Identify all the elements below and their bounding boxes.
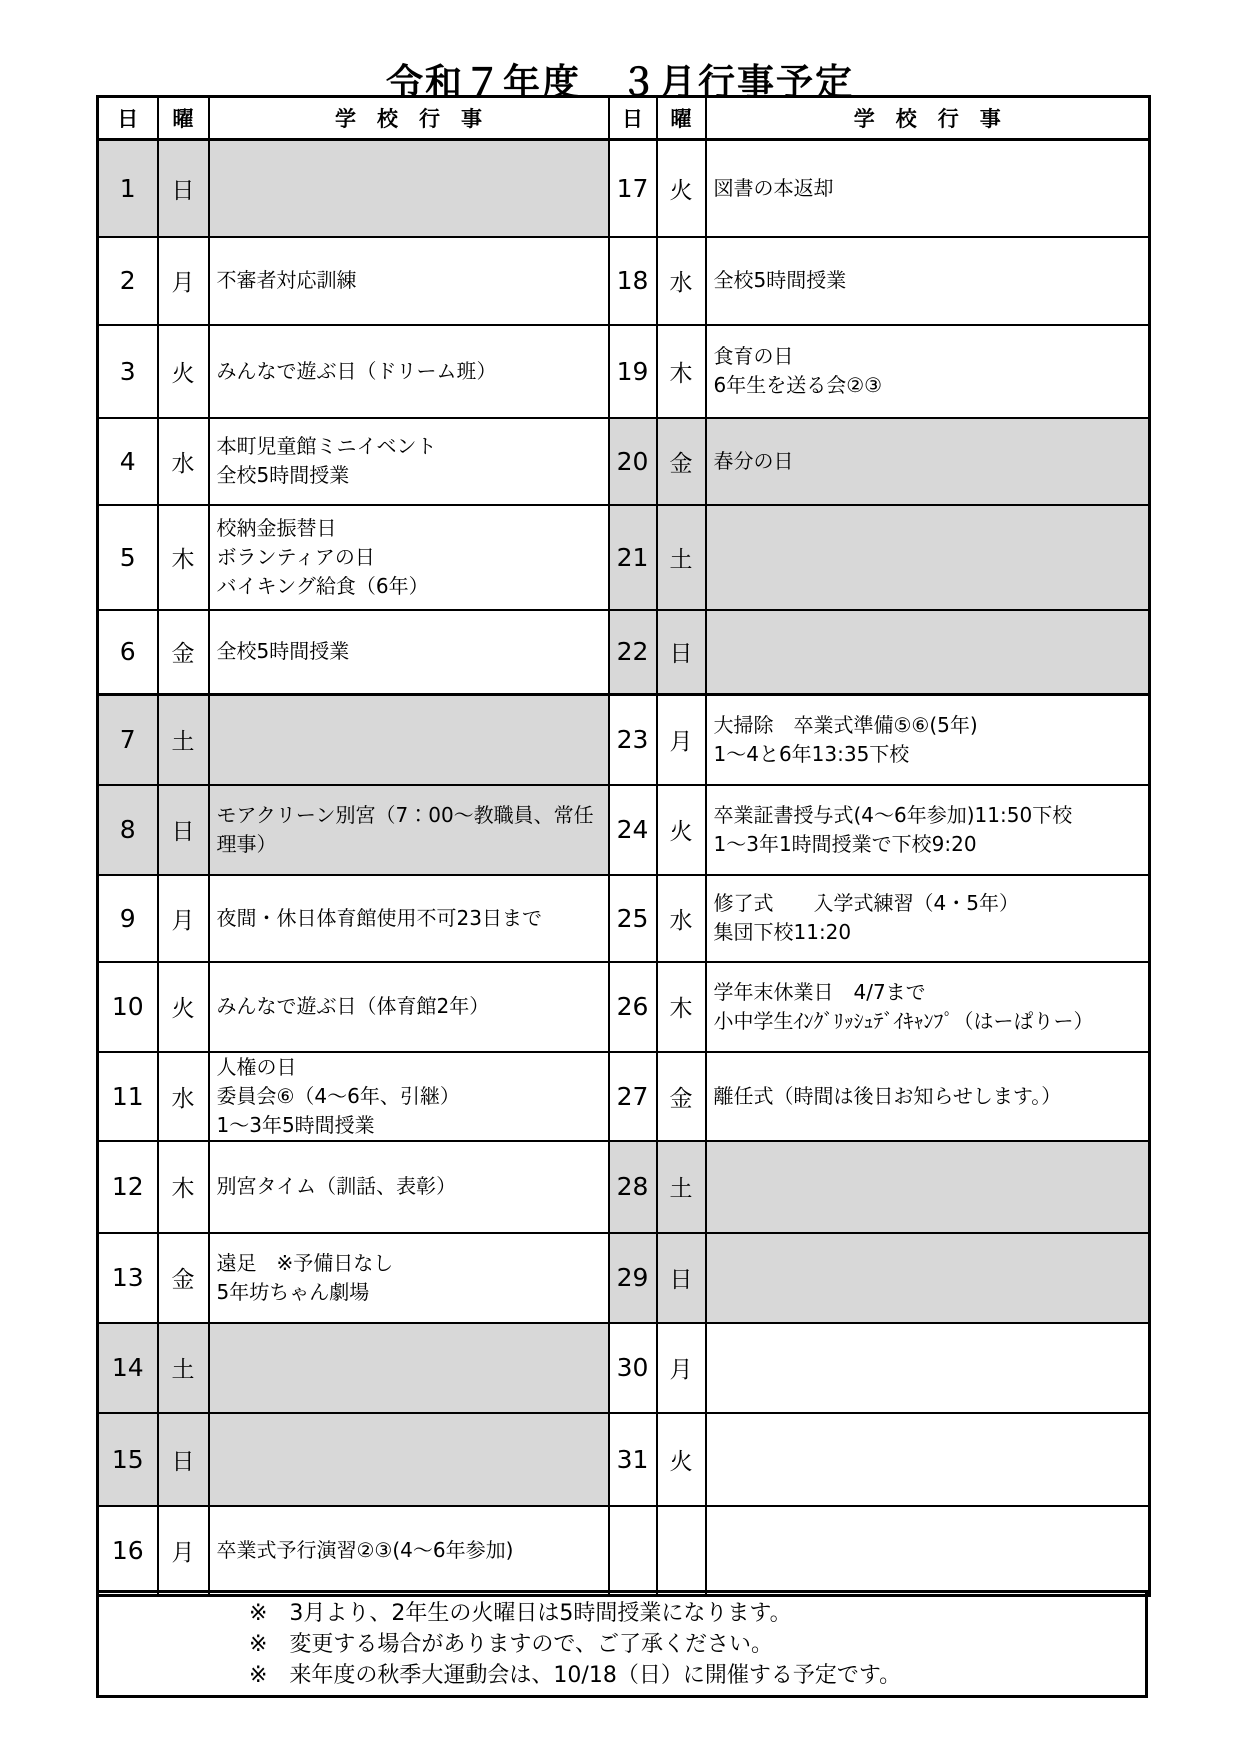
note-line: ※ 変更する場合がありますので、ご了承ください。 xyxy=(99,1629,1145,1660)
day-cell: 23 xyxy=(609,695,657,785)
weekday-cell: 木 xyxy=(657,962,706,1052)
event-text: 校納金振替日 xyxy=(210,514,608,543)
event-cell: みんなで遊ぶ日（体育館2年） xyxy=(209,962,609,1052)
event-cell: 校納金振替日ボランティアの日バイキング給食（6年） xyxy=(209,505,609,610)
header-weekday-right: 曜 xyxy=(657,97,706,140)
schedule-row: 9月夜間・休日体育館使用不可23日まで25水修了式 入学式練習（4・5年）集団下… xyxy=(98,875,1150,962)
day-cell: 2 xyxy=(98,237,158,325)
schedule-row: 12木別宮タイム（訓話、表彰）28土 xyxy=(98,1141,1150,1233)
event-text: 5年坊ちゃん劇場 xyxy=(210,1278,608,1307)
event-text: 不審者対応訓練 xyxy=(210,266,608,295)
day-cell: 26 xyxy=(609,962,657,1052)
day-cell: 20 xyxy=(609,418,657,505)
event-text: 学年末休業日 4/7まで xyxy=(707,978,1149,1007)
event-cell: 卒業証書授与式(4～6年参加)11:50下校1～3年1時間授業で下校9:20 xyxy=(706,785,1150,875)
weekday-cell: 日 xyxy=(158,1413,209,1506)
schedule-row: 7土23月大掃除 卒業式準備⑤⑥(5年)1～4と6年13:35下校 xyxy=(98,695,1150,785)
weekday-cell: 火 xyxy=(657,1413,706,1506)
event-cell: みんなで遊ぶ日（ドリーム班） xyxy=(209,325,609,418)
header-row: 日 曜 学 校 行 事 日 曜 学 校 行 事 xyxy=(98,97,1150,140)
event-cell: 図書の本返却 xyxy=(706,140,1150,237)
day-cell: 11 xyxy=(98,1052,158,1141)
schedule-row: 10火みんなで遊ぶ日（体育館2年）26木学年末休業日 4/7まで小中学生ｲﾝｸﾞ… xyxy=(98,962,1150,1052)
event-cell: 食育の日6年生を送る会②③ xyxy=(706,325,1150,418)
day-cell: 15 xyxy=(98,1413,158,1506)
weekday-cell: 水 xyxy=(657,237,706,325)
day-cell: 24 xyxy=(609,785,657,875)
weekday-cell: 火 xyxy=(158,962,209,1052)
event-cell: 修了式 入学式練習（4・5年）集団下校11:20 xyxy=(706,875,1150,962)
day-cell: 14 xyxy=(98,1323,158,1413)
schedule-row: 13金遠足 ※予備日なし5年坊ちゃん劇場29日 xyxy=(98,1233,1150,1323)
notes-box: ※ 3月より、2年生の火曜日は5時間授業になります。 ※ 変更する場合があります… xyxy=(96,1590,1148,1698)
weekday-cell: 金 xyxy=(657,1052,706,1141)
event-cell xyxy=(706,1323,1150,1413)
event-text: 遠足 ※予備日なし xyxy=(210,1249,608,1278)
event-cell: 大掃除 卒業式準備⑤⑥(5年)1～4と6年13:35下校 xyxy=(706,695,1150,785)
event-cell: 人権の日委員会⑥（4～6年、引継）1～3年5時間授業 xyxy=(209,1052,609,1141)
schedule-row: 5木校納金振替日ボランティアの日バイキング給食（6年）21土 xyxy=(98,505,1150,610)
event-text: 1～3年5時間授業 xyxy=(210,1111,608,1140)
weekday-cell: 金 xyxy=(158,1233,209,1323)
weekday-cell: 日 xyxy=(158,785,209,875)
weekday-cell: 火 xyxy=(657,785,706,875)
header-day-right: 日 xyxy=(609,97,657,140)
event-text: ボランティアの日 xyxy=(210,543,608,572)
event-text: 全校5時間授業 xyxy=(210,461,608,490)
day-cell: 18 xyxy=(609,237,657,325)
weekday-cell: 日 xyxy=(657,610,706,695)
event-cell xyxy=(706,1233,1150,1323)
event-cell: 卒業式予行演習②③(4～6年参加) xyxy=(209,1506,609,1596)
day-cell: 31 xyxy=(609,1413,657,1506)
event-text: 全校5時間授業 xyxy=(707,266,1149,295)
event-cell xyxy=(706,1141,1150,1233)
event-cell: 全校5時間授業 xyxy=(209,610,609,695)
event-text: 修了式 入学式練習（4・5年） xyxy=(707,889,1149,918)
weekday-cell: 土 xyxy=(657,505,706,610)
weekday-cell: 火 xyxy=(158,325,209,418)
day-cell: 16 xyxy=(98,1506,158,1596)
event-text: 食育の日 xyxy=(707,342,1149,371)
event-cell: 離任式（時間は後日お知らせします。） xyxy=(706,1052,1150,1141)
event-text: 卒業証書授与式(4～6年参加)11:50下校 xyxy=(707,801,1149,830)
weekday-cell: 水 xyxy=(158,418,209,505)
event-cell: 遠足 ※予備日なし5年坊ちゃん劇場 xyxy=(209,1233,609,1323)
event-cell: 本町児童館ミニイベント全校5時間授業 xyxy=(209,418,609,505)
schedule-table-wrap: 日 曜 学 校 行 事 日 曜 学 校 行 事 1日17火図書の本返却2月不審者… xyxy=(96,95,1148,1597)
weekday-cell: 月 xyxy=(657,695,706,785)
header-weekday-left: 曜 xyxy=(158,97,209,140)
note-line: ※ 3月より、2年生の火曜日は5時間授業になります。 xyxy=(99,1598,1145,1629)
event-cell: 別宮タイム（訓話、表彰） xyxy=(209,1141,609,1233)
weekday-cell: 日 xyxy=(158,140,209,237)
event-text: 卒業式予行演習②③(4～6年参加) xyxy=(210,1536,608,1565)
schedule-row: 11水人権の日委員会⑥（4～6年、引継）1～3年5時間授業27金離任式（時間は後… xyxy=(98,1052,1150,1141)
day-cell: 12 xyxy=(98,1141,158,1233)
day-cell: 3 xyxy=(98,325,158,418)
day-cell: 28 xyxy=(609,1141,657,1233)
event-cell: 春分の日 xyxy=(706,418,1150,505)
day-cell: 1 xyxy=(98,140,158,237)
weekday-cell: 水 xyxy=(657,875,706,962)
event-cell xyxy=(706,610,1150,695)
header-event-left: 学 校 行 事 xyxy=(209,97,609,140)
event-cell xyxy=(209,1323,609,1413)
schedule-row: 16月卒業式予行演習②③(4～6年参加) xyxy=(98,1506,1150,1596)
event-text: 人権の日 xyxy=(210,1053,608,1082)
schedule-row: 6金全校5時間授業22日 xyxy=(98,610,1150,695)
day-cell: 30 xyxy=(609,1323,657,1413)
schedule-row: 1日17火図書の本返却 xyxy=(98,140,1150,237)
schedule-row: 2月不審者対応訓練18水全校5時間授業 xyxy=(98,237,1150,325)
day-cell: 25 xyxy=(609,875,657,962)
weekday-cell: 火 xyxy=(657,140,706,237)
day-cell xyxy=(609,1506,657,1596)
day-cell: 5 xyxy=(98,505,158,610)
weekday-cell: 月 xyxy=(657,1323,706,1413)
weekday-cell: 金 xyxy=(657,418,706,505)
day-cell: 10 xyxy=(98,962,158,1052)
event-text: 別宮タイム（訓話、表彰） xyxy=(210,1172,608,1201)
event-cell xyxy=(706,505,1150,610)
weekday-cell: 木 xyxy=(657,325,706,418)
schedule-row: 15日31火 xyxy=(98,1413,1150,1506)
weekday-cell xyxy=(657,1506,706,1596)
weekday-cell: 月 xyxy=(158,1506,209,1596)
event-cell xyxy=(209,695,609,785)
event-text: 集団下校11:20 xyxy=(707,918,1149,947)
day-cell: 4 xyxy=(98,418,158,505)
day-cell: 9 xyxy=(98,875,158,962)
event-cell: 学年末休業日 4/7まで小中学生ｲﾝｸﾞﾘｯｼｭﾃﾞｲｷｬﾝﾌﾟ（はーぱりー） xyxy=(706,962,1150,1052)
event-text: 小中学生ｲﾝｸﾞﾘｯｼｭﾃﾞｲｷｬﾝﾌﾟ（はーぱりー） xyxy=(707,1007,1149,1036)
event-cell xyxy=(706,1413,1150,1506)
schedule-row: 8日モアクリーン別宮（7：00～教職員、常任理事）24火卒業証書授与式(4～6年… xyxy=(98,785,1150,875)
weekday-cell: 月 xyxy=(158,237,209,325)
schedule-row: 4水本町児童館ミニイベント全校5時間授業20金春分の日 xyxy=(98,418,1150,505)
day-cell: 22 xyxy=(609,610,657,695)
event-text: みんなで遊ぶ日（ドリーム班） xyxy=(210,357,608,386)
event-text: モアクリーン別宮（7：00～教職員、常任理事） xyxy=(210,801,608,859)
schedule-table: 日 曜 学 校 行 事 日 曜 学 校 行 事 1日17火図書の本返却2月不審者… xyxy=(96,95,1151,1597)
day-cell: 17 xyxy=(609,140,657,237)
event-cell xyxy=(209,1413,609,1506)
event-text: バイキング給食（6年） xyxy=(210,572,608,601)
weekday-cell: 土 xyxy=(158,695,209,785)
weekday-cell: 金 xyxy=(158,610,209,695)
weekday-cell: 月 xyxy=(158,875,209,962)
day-cell: 13 xyxy=(98,1233,158,1323)
event-text: 全校5時間授業 xyxy=(210,637,608,666)
event-cell: 夜間・休日体育館使用不可23日まで xyxy=(209,875,609,962)
event-cell xyxy=(706,1506,1150,1596)
event-cell: 全校5時間授業 xyxy=(706,237,1150,325)
event-text: 春分の日 xyxy=(707,447,1149,476)
event-text: 1～3年1時間授業で下校9:20 xyxy=(707,830,1149,859)
weekday-cell: 木 xyxy=(158,505,209,610)
event-text: 本町児童館ミニイベント xyxy=(210,432,608,461)
day-cell: 6 xyxy=(98,610,158,695)
header-event-right: 学 校 行 事 xyxy=(706,97,1150,140)
event-text: 1～4と6年13:35下校 xyxy=(707,740,1149,769)
header-day-left: 日 xyxy=(98,97,158,140)
weekday-cell: 水 xyxy=(158,1052,209,1141)
day-cell: 29 xyxy=(609,1233,657,1323)
event-text: 6年生を送る会②③ xyxy=(707,371,1149,400)
schedule-row: 14土30月 xyxy=(98,1323,1150,1413)
weekday-cell: 木 xyxy=(158,1141,209,1233)
event-text: 図書の本返却 xyxy=(707,174,1149,203)
event-text: 委員会⑥（4～6年、引継） xyxy=(210,1082,608,1111)
event-cell xyxy=(209,140,609,237)
day-cell: 21 xyxy=(609,505,657,610)
day-cell: 19 xyxy=(609,325,657,418)
weekday-cell: 土 xyxy=(657,1141,706,1233)
day-cell: 7 xyxy=(98,695,158,785)
event-text: 離任式（時間は後日お知らせします。） xyxy=(707,1082,1149,1111)
weekday-cell: 土 xyxy=(158,1323,209,1413)
event-text: 大掃除 卒業式準備⑤⑥(5年) xyxy=(707,711,1149,740)
event-text: 夜間・休日体育館使用不可23日まで xyxy=(210,904,608,933)
day-cell: 8 xyxy=(98,785,158,875)
event-text: みんなで遊ぶ日（体育館2年） xyxy=(210,992,608,1021)
schedule-row: 3火みんなで遊ぶ日（ドリーム班）19木食育の日6年生を送る会②③ xyxy=(98,325,1150,418)
event-cell: 不審者対応訓練 xyxy=(209,237,609,325)
day-cell: 27 xyxy=(609,1052,657,1141)
note-line: ※ 来年度の秋季大運動会は、10/18（日）に開催する予定です。 xyxy=(99,1660,1145,1691)
weekday-cell: 日 xyxy=(657,1233,706,1323)
event-cell: モアクリーン別宮（7：00～教職員、常任理事） xyxy=(209,785,609,875)
